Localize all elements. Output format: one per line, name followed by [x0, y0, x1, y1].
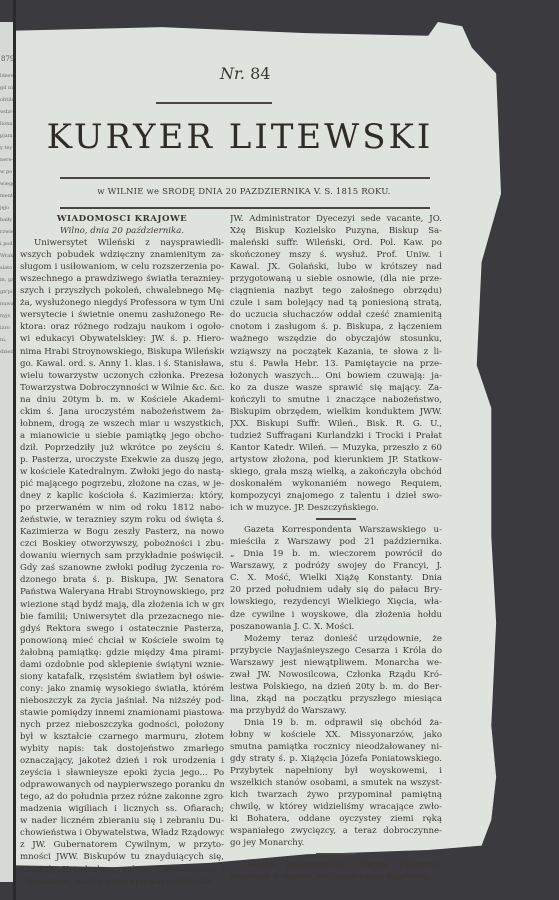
section-title: WIADOMOSCI KRAJOWE [20, 213, 224, 225]
text-line: artystow złożona, pod kierunkiem JP. Sta… [230, 454, 442, 466]
masthead-title: KURYER LITEWSKI [25, 117, 455, 157]
text-line: ktora: oraz różnego rodzaju naukom i ogo… [20, 321, 224, 333]
text-line: JXX. Biskupi Suffr. Wileń., Bisk. R. G. … [230, 418, 442, 430]
text-line: go. Kawal. ord. s. Anny 1. klas. i ś. St… [20, 358, 224, 370]
text-line: „ Dnia 19 b. m. wieczorem powrócił do [230, 548, 442, 560]
article-divider-2 [230, 849, 442, 859]
text-line: żałobną pamiątkę: gdzie między 4ma piram… [20, 647, 224, 659]
text-line: ich w muzyce. JP. Deszczyńskiego. [230, 502, 442, 514]
text-line: ponowioną mieć chciał w Kościele swoim t… [20, 635, 224, 647]
text-line: ki Bohatera, oddane oyczystey ziemi ręką [230, 813, 442, 825]
text-line: skończoney mszy ś. wysłuż. Prof. Uniw. i [230, 249, 442, 261]
text-line: doskonałém wykonaniém nowego Requiem, [230, 478, 442, 490]
text-line: Dnia 19 b. m. odprawił się obchód ża- [230, 717, 442, 729]
right-column: JW. Administrator Dyecezyi sede vacante,… [230, 213, 442, 884]
text-line: nych przez nieboszczyka godności, położo… [20, 719, 224, 731]
previous-page-text-fragment: siato [0, 266, 12, 271]
text-line: dney z kaplic kościoła ś. Kazimierza: kt… [20, 490, 224, 502]
previous-page-text-fragment: ni, [0, 338, 6, 343]
text-line: stu ś. Pawła Hebr. 13. Pamiętaycie na pr… [230, 358, 442, 370]
text-line: czci Boskiey otworzywszy, pobożności i z… [20, 538, 224, 550]
text-line: szych i przyszłych pokoleń, chwalebnego … [20, 285, 224, 297]
previous-page-text-fragment: rzwie [0, 230, 14, 235]
text-line: mności JWW. Biskupów tu znayduiących się… [20, 851, 224, 863]
text-line: a mianowicie u siebie pamiątkę jego obch… [20, 430, 224, 442]
text-line: wspaniałego zwycięzcy, a teraz dobroczyn… [230, 825, 442, 837]
text-line: łobny w kościele XX. Missyonarzów, jako [230, 729, 442, 741]
text-line: łożonych waszych... Oni bowiem czuwają: … [230, 370, 442, 382]
title-rule-top [156, 102, 272, 104]
text-line: ko za dusze wasze sprawić się mający. Za… [230, 382, 442, 394]
text-line: Państwa Waleryana Hrabi Stroynowskiego, … [20, 586, 224, 598]
previous-page-text-fragment: w po [0, 170, 12, 175]
text-line: Xżę Biskup Kozielsko Puzyna, Biskup Sa- [230, 225, 442, 237]
text-line: gdyś Rektora swego i ostatecznie Pasterz… [20, 623, 224, 635]
text-line: madzenia wigiliach i licznych ss. Ofiara… [20, 803, 224, 815]
right-column-text-part3: Gazeta peterzburska, Poczta Północna,don… [230, 859, 442, 883]
previous-page-text-fragment: Wrak [0, 254, 13, 259]
previous-page-text-fragment: gn'pi [0, 290, 13, 295]
dateline-rule-bottom [60, 207, 430, 209]
text-line: Biskupim obrzędem, wielkim konduktem JWW… [230, 406, 442, 418]
text-line: czule i sam bolejący nad tą poniesioną s… [230, 297, 442, 309]
text-line: do uczucia słuchaczów oddał cześć znamie… [230, 309, 442, 321]
text-line: Kawal. JX. Golański, lubo w krótszey nad [230, 261, 442, 273]
previous-page-text-fragment: y tey [0, 146, 12, 151]
text-line: wszych pobudek wdzięczny znamienitym za- [20, 249, 224, 261]
text-line: przygotowaną u siebie osnowie, (dla nie … [230, 273, 442, 285]
text-line: pić mającego pogrzebu, złożone na czas, … [20, 478, 224, 490]
previous-page-text-fragment: nuwa [0, 302, 14, 307]
text-line: dowaniu wiernych sam przykładnie poświęc… [20, 550, 224, 562]
text-line: po przerwaném w nim od roku 1812 nabo- [20, 502, 224, 514]
text-line: Uniwersytet Wileński z naysprawiedli- [20, 237, 224, 249]
text-line: zwał JW. Nowosilcowa, Członka Rządu Kró- [230, 669, 442, 681]
text-line: w nader liczném zbieraniu się i zebraniu… [20, 815, 224, 827]
text-line: C. X. Mość, Wielki Xiążę Konstanty. Dnia [230, 572, 442, 584]
text-line: z JW. Gubernatorem Cywilnym, w przyto- [20, 839, 224, 851]
text-line: ciągnienia nazbyt tego załośnego obrzędu… [230, 285, 442, 297]
text-line: Kapituły Katedralney, całego Uniwersytet… [20, 864, 224, 876]
text-line: dami ozdobnie pod sklepienie świątyni wz… [20, 659, 224, 671]
previous-page-text-fragment: wdzi- [0, 110, 13, 115]
text-line: wziąwszy na początek Kazania, te słowa z… [230, 346, 442, 358]
text-line: wielu towarzystw uczonych członka. Preze… [20, 370, 224, 382]
text-line: skiego, grała mszą wielką, a zakończyła … [230, 466, 442, 478]
previous-page-text-fragment: i pod [0, 242, 13, 247]
text-line: nima Hrabi Stroynowskiego, Biskupa Wileń… [20, 346, 224, 358]
text-line: zeyścia i sławnieysze epoki życia jego..… [20, 767, 224, 779]
text-line: maleński suffr. Wileński, Ord. Pol. Kaw.… [230, 237, 442, 249]
text-line: ża, wysłużonego niegdyś Professora w tym… [20, 297, 224, 309]
previous-page-text-fragment: izzo [0, 326, 10, 331]
text-line: tudzież Suffragani Kurlandzki i Trocki i… [230, 430, 442, 442]
text-line: p. Pasterza, uroczyste Exekwie za duszę … [20, 454, 224, 466]
text-line: Możemy teraz donieść urzędownie, że [230, 633, 442, 645]
text-line: wersytecie i świetnie onemu zasłużonego … [20, 309, 224, 321]
text-line: poszanowania J. C. X. Mości. [230, 621, 442, 633]
text-line: w kościele Katedralnym. Zwłoki jego do n… [20, 466, 224, 478]
text-line: gdy straty ś. p. Xiążęcia Józefa Poniato… [230, 753, 442, 765]
previous-page-text-fragment: nyjs [0, 314, 10, 319]
previous-page-text-fragment: baiły [0, 218, 12, 223]
previous-page-text-fragment: m, ga [0, 278, 14, 283]
left-column-text: Uniwersytet Wileński z naysprawiedli-wsz… [20, 237, 224, 888]
text-line: Gimnazium, wielką mszą śpiewał pontifica… [20, 876, 224, 888]
text-line: Przybytek napełniony był woyskowemi, i [230, 765, 442, 777]
text-line: dzonego brata ś. p. Biskupa, JW. Senator… [20, 574, 224, 586]
text-line: dził. Poprzedziły już wkrótce po zeyściu… [20, 442, 224, 454]
text-line: lina, zkąd na początku przyszłego miesią… [230, 693, 442, 705]
text-line: kończyli to smutne i znaczące nabożeństw… [230, 394, 442, 406]
text-line: Towarzystwa Dobroczynności w Wilnie &c. … [20, 382, 224, 394]
text-line: go jey Monarchy. [230, 837, 442, 849]
text-line: Warszawy, z podróży swojey do Francyi, J… [230, 560, 442, 572]
dateline: w WILNIE we SRODĘ DNIA 20 PAZDZIERNIKA V… [74, 187, 414, 197]
previous-page-text-fragment: jęjo [0, 206, 9, 211]
previous-page-text-fragment: liona, [0, 122, 14, 127]
text-line: Gazeta peterzburska, Poczta Północna, [230, 859, 442, 871]
right-column-text-part1: JW. Administrator Dyecezyi sede vacante,… [230, 213, 442, 514]
left-column: WIADOMOSCI KRAJOWE Wilno, dnia 20 paździ… [20, 213, 224, 888]
text-line: stawie pomiędzy innemi znamionami piasto… [20, 707, 224, 719]
text-line: donosząc o medalu złożonym przez Akademi… [230, 871, 442, 883]
text-line: lestwa Polskiego, na dzień 20ty b. m. do… [230, 681, 442, 693]
previous-page-text-fragment: pjam [0, 134, 12, 139]
text-line: chowieństwa i Obywatelstwa, Władz Rządow… [20, 827, 224, 839]
text-line: na dniu 20tym b. m. w Kościele Akademi- [20, 394, 224, 406]
dateline-rule-top [60, 177, 430, 179]
text-line: żeństwie, w terazniey szym roku od święt… [20, 514, 224, 526]
previous-page-text-fragment: nere- [0, 158, 13, 163]
text-line: ckim ś. Jana uroczystém nabożeństwem ża- [20, 406, 224, 418]
text-line: sługom i usiłowaniom, w celu rozszerzeni… [20, 261, 224, 273]
text-line: kompozycyi znajomego z talentu i dzieł s… [230, 490, 442, 502]
text-line: chwilę, w którey widzieliśmy wracające z… [230, 801, 442, 813]
text-line: cony: jako znamię wysokiego światła, któ… [20, 683, 224, 695]
text-line: Warszawy jest niewątpliwem. Monarcha we- [230, 657, 442, 669]
text-line: ma przybydź do Warszawy. [230, 705, 442, 717]
text-line: cnotom i zasługom ś. p. Biskupa, z łącze… [230, 321, 442, 333]
text-line: Kantor Katedr. Wileń. — Muzyka, przeszło… [230, 442, 442, 454]
text-line: odprawowanych od naypierwszego poranku d… [20, 779, 224, 791]
text-line: wszelkich stanów osobami, a smutek na ws… [230, 777, 442, 789]
text-line: tego, aż do południa przez różne zakonne… [20, 791, 224, 803]
text-line: lowskiego, rezydencyi Wielkiego Xięcia, … [230, 596, 442, 608]
text-line: oznaczający, jakoteż dzień i rok urodzen… [20, 755, 224, 767]
text-line: kich twarzach żywo przypominał pamiętną [230, 789, 442, 801]
text-line: siony katafalk, rzęsistém światłem był o… [20, 671, 224, 683]
text-line: łobnem, drogą ze wszech miar u wszystkic… [20, 418, 224, 430]
text-line: Kazimierza w Bogu zeszły Pasterz, na now… [20, 526, 224, 538]
text-line: 20 przed południem udały się do pałacu B… [230, 584, 442, 596]
text-line: przybycie Nayjaśnieyszego Cesarza i Król… [230, 645, 442, 657]
text-line: mieściła z Warszawy pod 21 października. [230, 536, 442, 548]
text-line: Gdy zaś szanowne zwłoki podług życzenia … [20, 562, 224, 574]
text-line: wiezione stąd bydź mają, dla złożenia ic… [20, 599, 224, 611]
text-line: Gazeta Korrespondenta Warszawskiego u- [230, 524, 442, 536]
text-line: smutna pamiątka rocznicy nieodżałowaney … [230, 741, 442, 753]
text-line: był w kształcie czarnego marmuru, złotem [20, 731, 224, 743]
right-column-text-part2: Gazeta Korrespondenta Warszawskiego u-mi… [230, 524, 442, 849]
text-line: wszechnego a prawdziwego światła terazni… [20, 273, 224, 285]
section-dateline: Wilno, dnia 20 października. [20, 225, 224, 237]
issue-number: Nr. 84 [220, 64, 270, 83]
text-line: wi edukacyi Obywatelskiey: JW. ś. p. Hie… [20, 333, 224, 345]
newspaper-content: Nr. 84 KURYER LITEWSKI w WILNIE we SRODĘ… [16, 22, 501, 880]
text-line: wybity napis: tak dostojeństwo zmarłego [20, 743, 224, 755]
text-line: JW. Administrator Dyecezyi sede vacante,… [230, 213, 442, 225]
article-divider-1 [230, 514, 442, 524]
text-line: ważnego wszędzie do obyczajów stosunku, [230, 333, 442, 345]
text-line: nieboszczyk za życia jaśniał. Na niższéy… [20, 695, 224, 707]
text-line: dze cywilne i woyskowe, dla złożenia hoł… [230, 609, 442, 621]
text-line: bie familii; Uniwersytet dla przezacnego… [20, 611, 224, 623]
